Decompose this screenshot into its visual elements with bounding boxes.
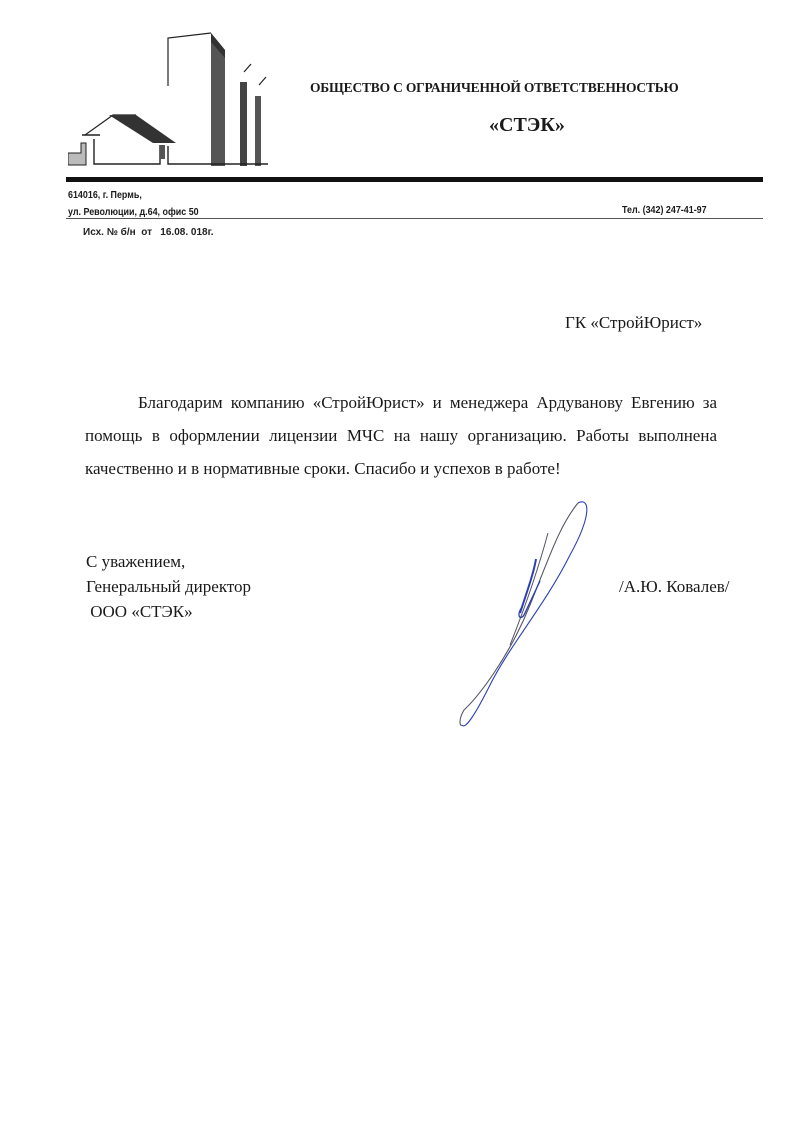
handwritten-signature-icon <box>450 495 610 740</box>
closing-company: ООО «СТЭК» <box>86 599 251 624</box>
body-paragraph: Благодарим компанию «СтройЮрист» и менед… <box>85 386 717 485</box>
closing-position: Генеральный директор <box>86 574 251 599</box>
closing-block: С уважением, Генеральный директор ООО «С… <box>86 549 251 624</box>
company-logo-icon <box>68 28 268 168</box>
outgoing-reference: Исх. № б/н от 16.08. 018г. <box>83 227 214 238</box>
header-divider-thick <box>66 177 763 182</box>
company-address: 614016, г. Пермь, ул. Революции, д.64, о… <box>68 187 199 221</box>
company-phone: Тел. (342) 247-41-97 <box>622 204 707 216</box>
org-name: «СТЭК» <box>489 114 565 137</box>
header-divider-thin <box>66 218 763 219</box>
letter-body: Благодарим компанию «СтройЮрист» и менед… <box>85 386 717 485</box>
recipient: ГК «СтройЮрист» <box>565 313 702 333</box>
address-line-1: 614016, г. Пермь, <box>68 187 199 204</box>
org-legal-form: ОБЩЕСТВО С ОГРАНИЧЕННОЙ ОТВЕТСТВЕННОСТЬЮ <box>310 80 679 96</box>
closing-regards: С уважением, <box>86 549 251 574</box>
signatory-name: /А.Ю. Ковалев/ <box>619 577 730 597</box>
